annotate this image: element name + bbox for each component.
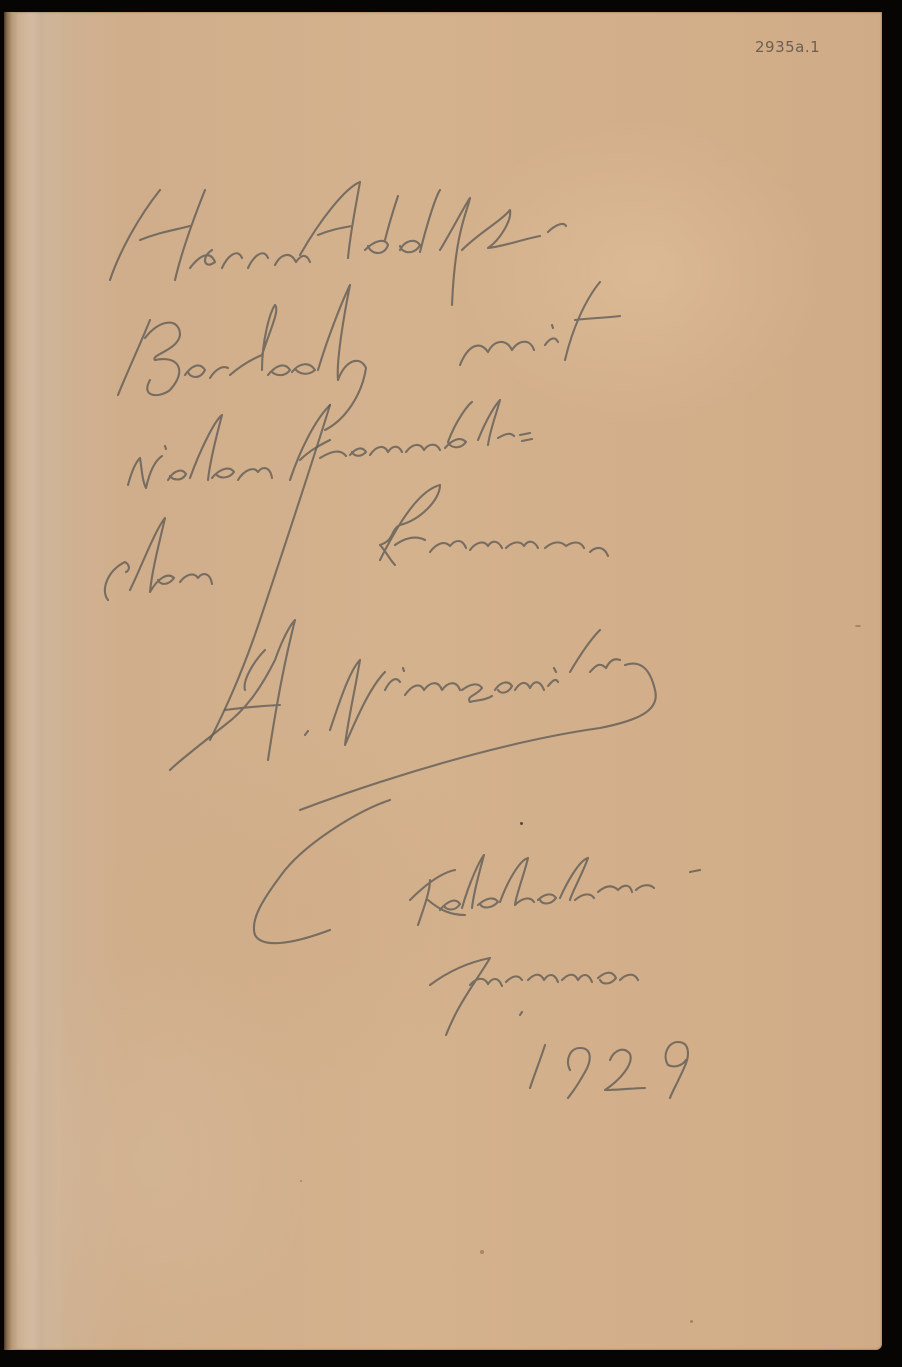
page-fold-shadow <box>28 12 58 1350</box>
paper-speck <box>300 1180 302 1182</box>
scanned-page: 2935a.1 Herrn Adolphe Bardach mit vielen… <box>0 0 902 1367</box>
page-gutter-edge <box>4 12 18 1350</box>
paper-speck <box>480 1250 484 1254</box>
inscription-line-3: vielen freundli- <box>118 450 426 496</box>
paper-speck <box>520 822 523 825</box>
place-line-2: Turnier <box>440 950 585 994</box>
inscription-line-1: Herrn Adolphe <box>110 200 412 246</box>
inscription-line-4: chen Grüssen <box>100 540 378 586</box>
date-line: 1929 <box>520 1030 622 1076</box>
paper-speck <box>855 625 861 627</box>
signature: A. Nimzowitsch <box>170 680 519 731</box>
paper-speck <box>690 1320 693 1323</box>
place-line-1: Karlsbader <box>410 860 623 904</box>
inscription-line-2: Bardach mit <box>115 330 365 376</box>
catalog-number: 2935a.1 <box>755 38 820 56</box>
